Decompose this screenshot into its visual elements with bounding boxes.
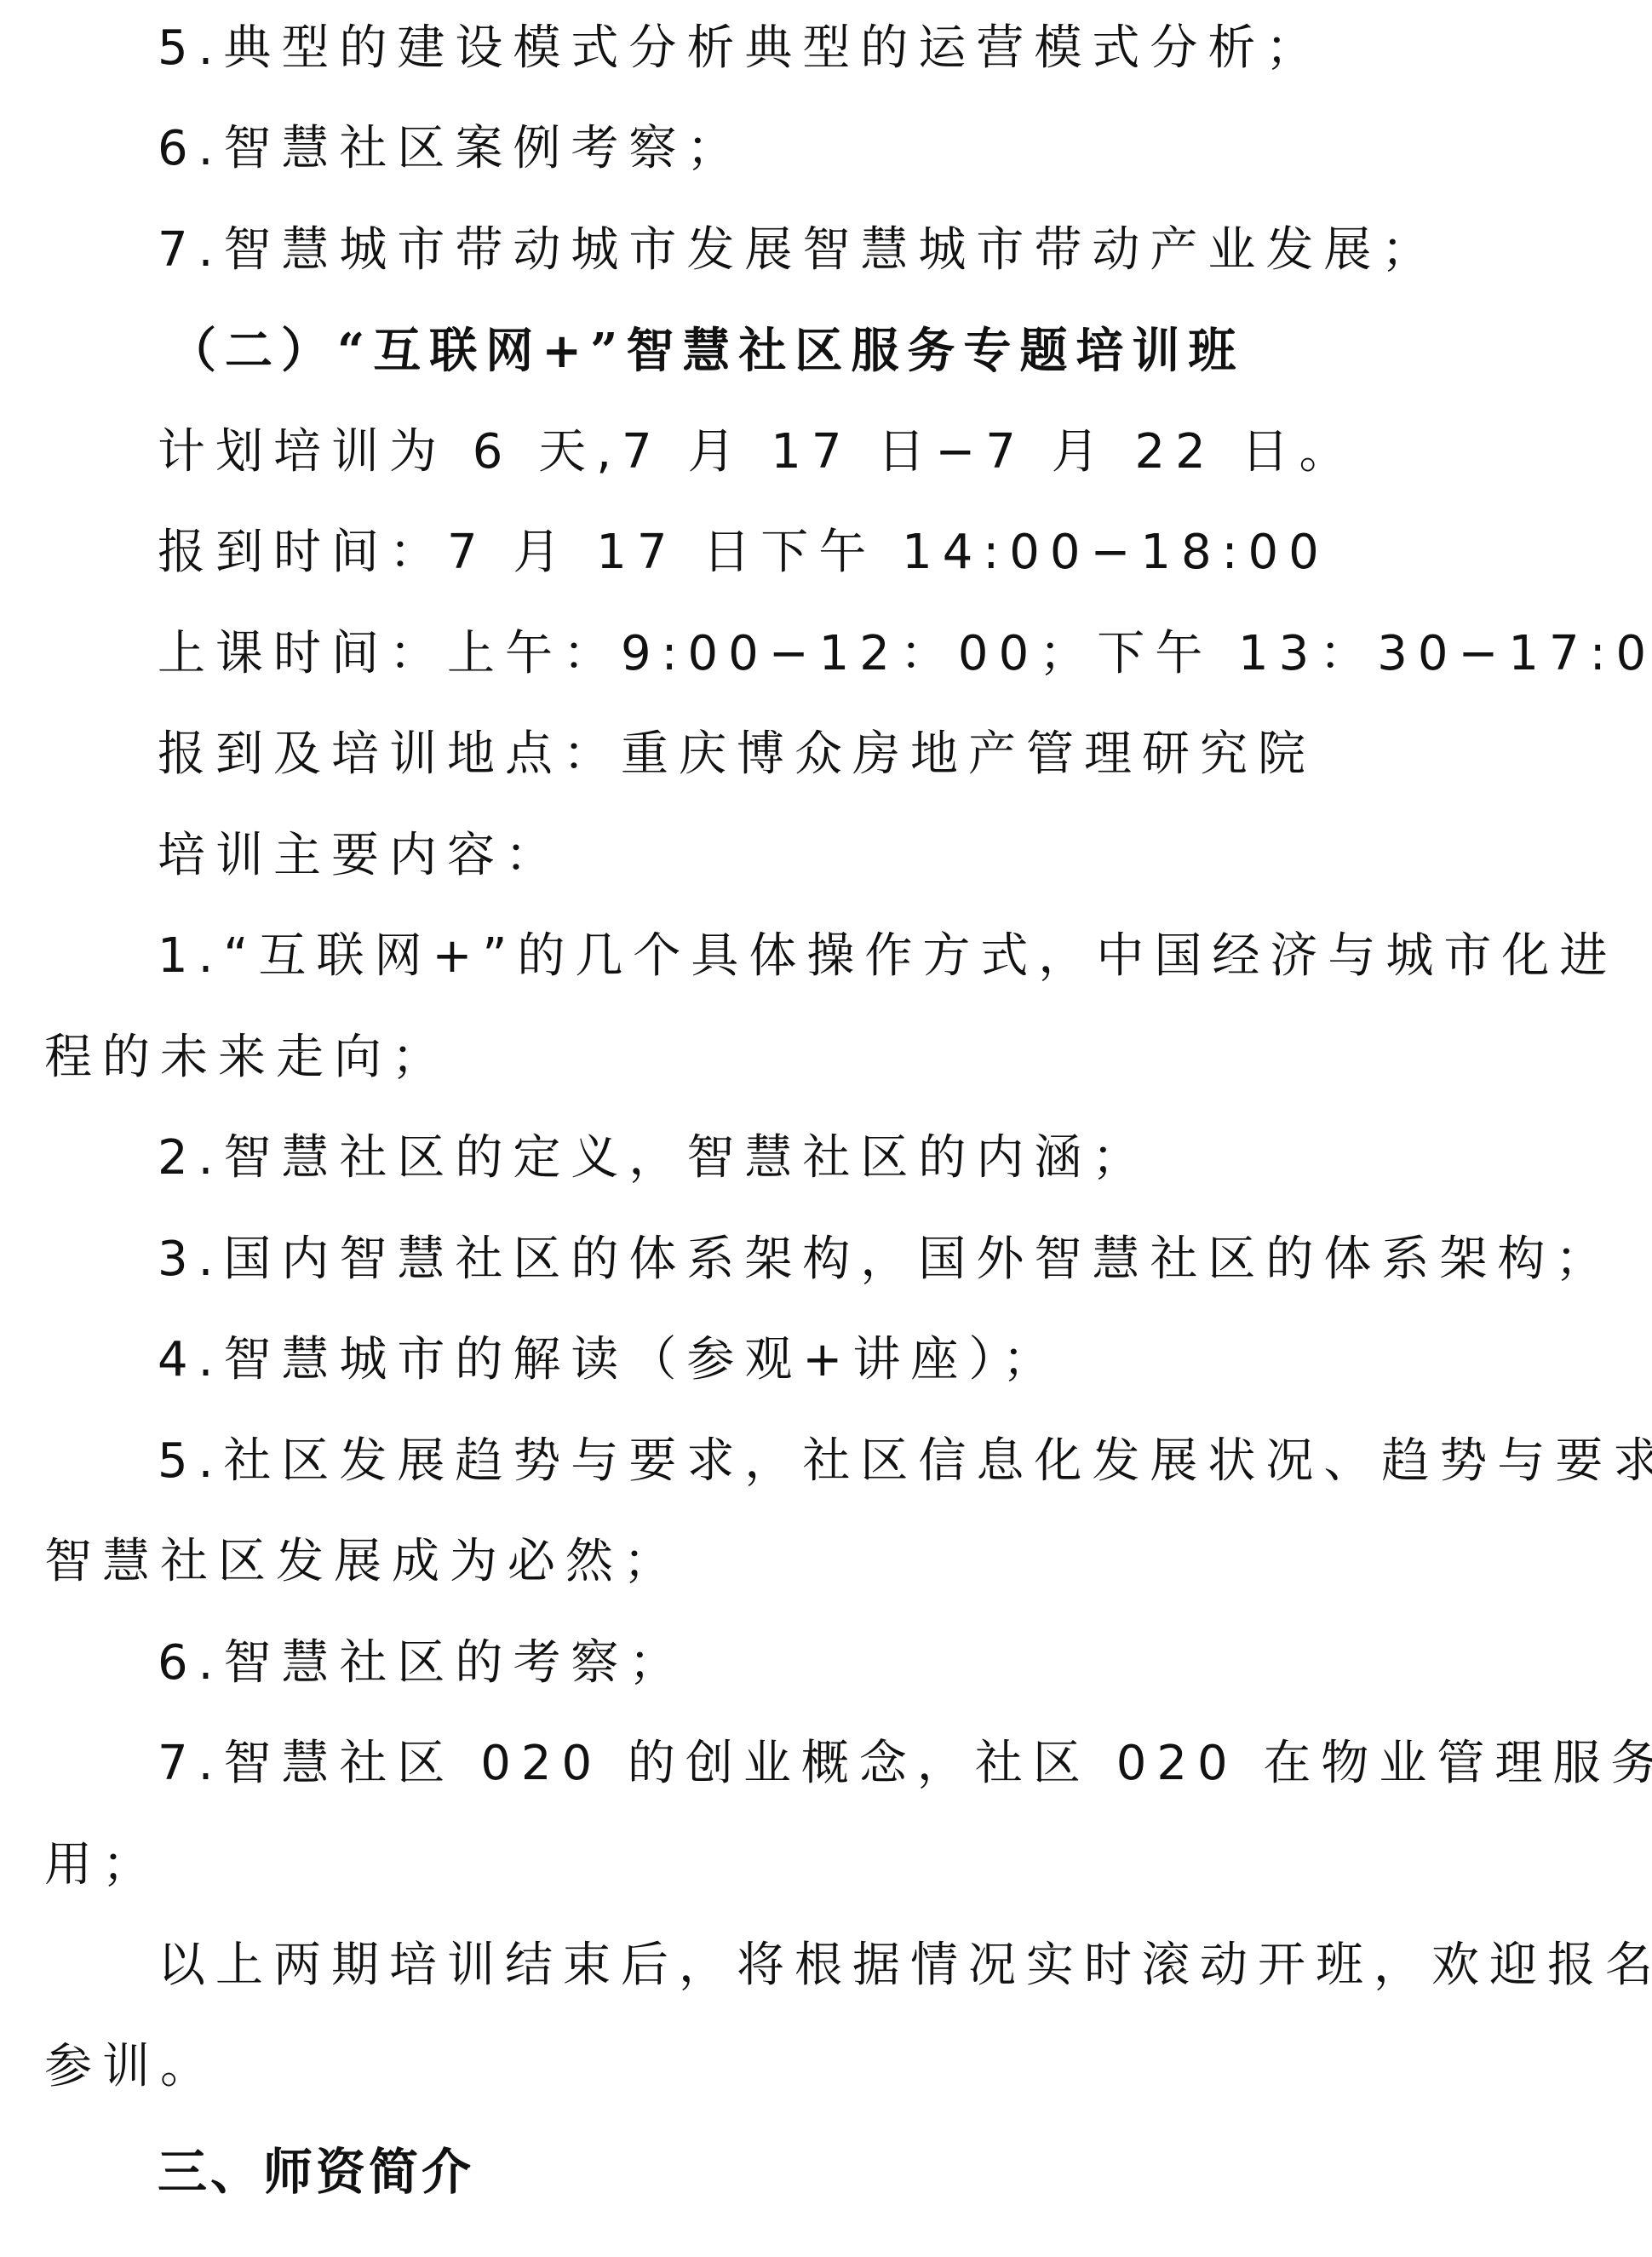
document-page: 5.典型的建设模式分析典型的运营模式分析； 6.智慧社区案例考察； 7.智慧城市… [0,0,1652,2257]
training-content-label: 培训主要内容： [158,826,563,886]
list-item-typical-models: 5.典型的建设模式分析典型的运营模式分析； [158,19,1323,78]
class-time: 上课时间：上午：9:00−12：00；下午 13：30−17:00 [158,624,1652,684]
list-item-case-study: 6.智慧社区案例考察； [158,119,744,179]
training-duration: 计划培训为 6 天,7 月 17 日−7 月 22 日。 [158,422,1357,482]
registration-time: 报到时间：7 月 17 日下午 14:00−18:00 [158,523,1329,583]
list-item-continuation: 用； [44,1835,160,1895]
list-item-trends: 5.社区发展趋势与要求，社区信息化发展状况、趋势与要求， [158,1432,1652,1491]
list-item-o2o: 7.智慧社区 020 的创业概念，社区 020 在物业管理服务中运 [158,1734,1652,1794]
list-item-continuation: 程的未来走向； [44,1028,450,1088]
list-item-smart-city-development: 7.智慧城市带动城市发展智慧城市带动产业发展； [158,221,1439,280]
section-heading-faculty: 三、师资简介 [158,2142,474,2202]
list-item-continuation: 智慧社区发展成为必然； [44,1532,681,1592]
section-subheading-internet-plus: （二）“互联网+”智慧社区服务专题培训班 [169,321,1244,381]
training-location: 报到及培训地点：重庆博众房地产管理研究院 [158,725,1316,784]
closing-paragraph-continuation: 参训。 [44,2037,218,2097]
list-item-interpretation: 4.智慧城市的解读（参观+讲座）； [158,1330,1060,1390]
closing-paragraph: 以上两期培训结束后，将根据情况实时滚动开班，欢迎报名 [158,1936,1652,1996]
list-item-internet-plus-methods: 1.“互联网+”的几个具体操作方式，中国经济与城市化进 [158,927,1617,986]
list-item-definition: 2.智慧社区的定义，智慧社区的内涵； [158,1128,1150,1188]
list-item-architecture: 3.国内智慧社区的体系架构，国外智慧社区的体系架构； [158,1230,1613,1289]
list-item-inspection: 6.智慧社区的考察； [158,1634,686,1693]
